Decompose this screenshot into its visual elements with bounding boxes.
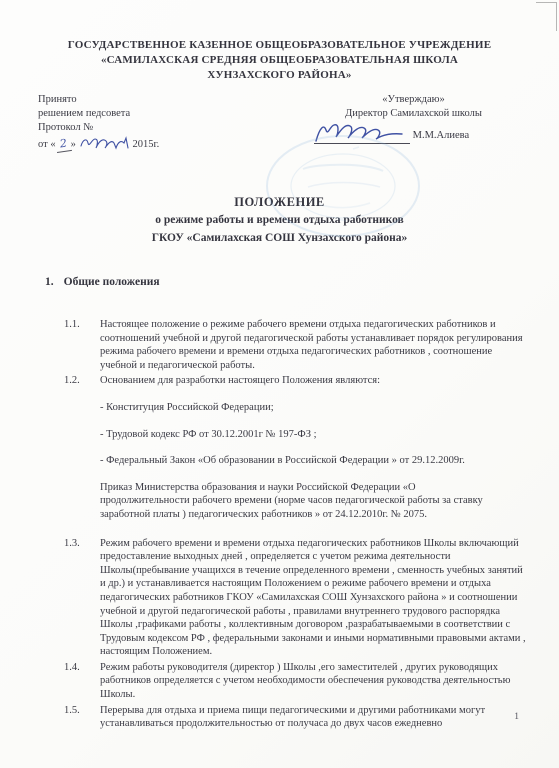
section-body: 1.1. Настоящее положение о режиме рабоче… [0,318,529,731]
clause-number: 1.2. [64,374,100,388]
clause-1-2: 1.2. Основанием для разработки настоящег… [0,374,529,388]
section-number: 1. [45,276,54,288]
page-number: 1 [514,712,519,722]
section-heading: 1.Общие положения [45,276,559,288]
clause-1-1: 1.1. Настоящее положение о режиме рабоче… [0,318,529,372]
adoption-block: Принято решением педсовета Протокол № от… [38,93,218,155]
adoption-date: от «2» 2015г. [38,135,218,155]
title-line3: ГКОУ «Самилахская СОШ Хунзахского района… [0,231,559,246]
title-line1: ПОЛОЖЕНИЕ [0,195,559,210]
approve-label: «Утверждаю» [306,93,521,107]
director-name: М.М.Алиева [413,130,470,141]
handwritten-month-scribble [79,135,131,155]
basis-item-labor-code: - Трудовой кодекс РФ от 30.12.2001г № 19… [100,428,499,442]
clause-text: Перерыва для отдыха и приема пищи педаго… [100,704,528,731]
scan-corner-artifact [536,2,557,31]
basis-item-constitution: - Конституция Российской Федерации; [100,401,499,415]
clause-1-3: 1.3. Режим рабочего времени и времени от… [0,537,529,659]
org-name-line1: ГОСУДАРСТВЕННОЕ КАЗЕННОЕ ОБЩЕОБРАЗОВАТЕЛ… [30,38,529,53]
organization-header: ГОСУДАРСТВЕННОЕ КАЗЕННОЕ ОБЩЕОБРАЗОВАТЕЛ… [30,38,529,83]
director-signature [314,123,410,144]
section-title: Общие положения [64,276,160,288]
clause-text: Режим работы руководителя (директор ) Шк… [100,661,528,702]
clause-number: 1.5. [64,704,100,731]
signature-row: М.М.Алиева [306,123,521,144]
adopted-by: решением педсовета [38,107,218,121]
clause-number: 1.4. [64,661,100,702]
approval-block: Принято решением педсовета Протокол № от… [38,93,521,155]
clause-1-5: 1.5. Перерыва для отдыха и приема пищи п… [0,704,529,731]
handwritten-day: 2 [55,136,72,153]
adopted-label: Принято [38,93,218,107]
org-name-line3: ХУНЗАХСКОГО РАЙОНА» [30,68,529,83]
clause-text: Режим рабочего времени и времени отдыха … [100,537,528,659]
basis-item-education-law: - Федеральный Закон «Об образовании в Ро… [100,454,499,468]
org-name-line2: «САМИЛАХСКАЯ СРЕДНЯЯ ОБЩЕОБРАЗОВАТЕЛЬНАЯ… [30,53,529,68]
clause-number: 1.3. [64,537,100,659]
clause-text: Основанием для разработки настоящего Пол… [100,374,528,388]
clause-text: Настоящее положение о режиме рабочего вр… [100,318,528,372]
document-title: ПОЛОЖЕНИЕ о режиме работы и времени отды… [0,195,559,246]
clause-1-4: 1.4. Режим работы руководителя (директор… [0,661,529,702]
clause-number: 1.1. [64,318,100,372]
basis-item-ministry-order: Приказ Министерства образования и науки … [100,481,499,522]
title-line2: о режиме работы и времени отдыха работни… [0,213,559,228]
document-page: ГОСУДАРСТВЕННОЕ КАЗЕННОЕ ОБЩЕОБРАЗОВАТЕЛ… [0,0,559,768]
approve-block: «Утверждаю» Директор Самилахской школы М… [306,93,521,155]
protocol-number: Протокол № [38,121,218,135]
